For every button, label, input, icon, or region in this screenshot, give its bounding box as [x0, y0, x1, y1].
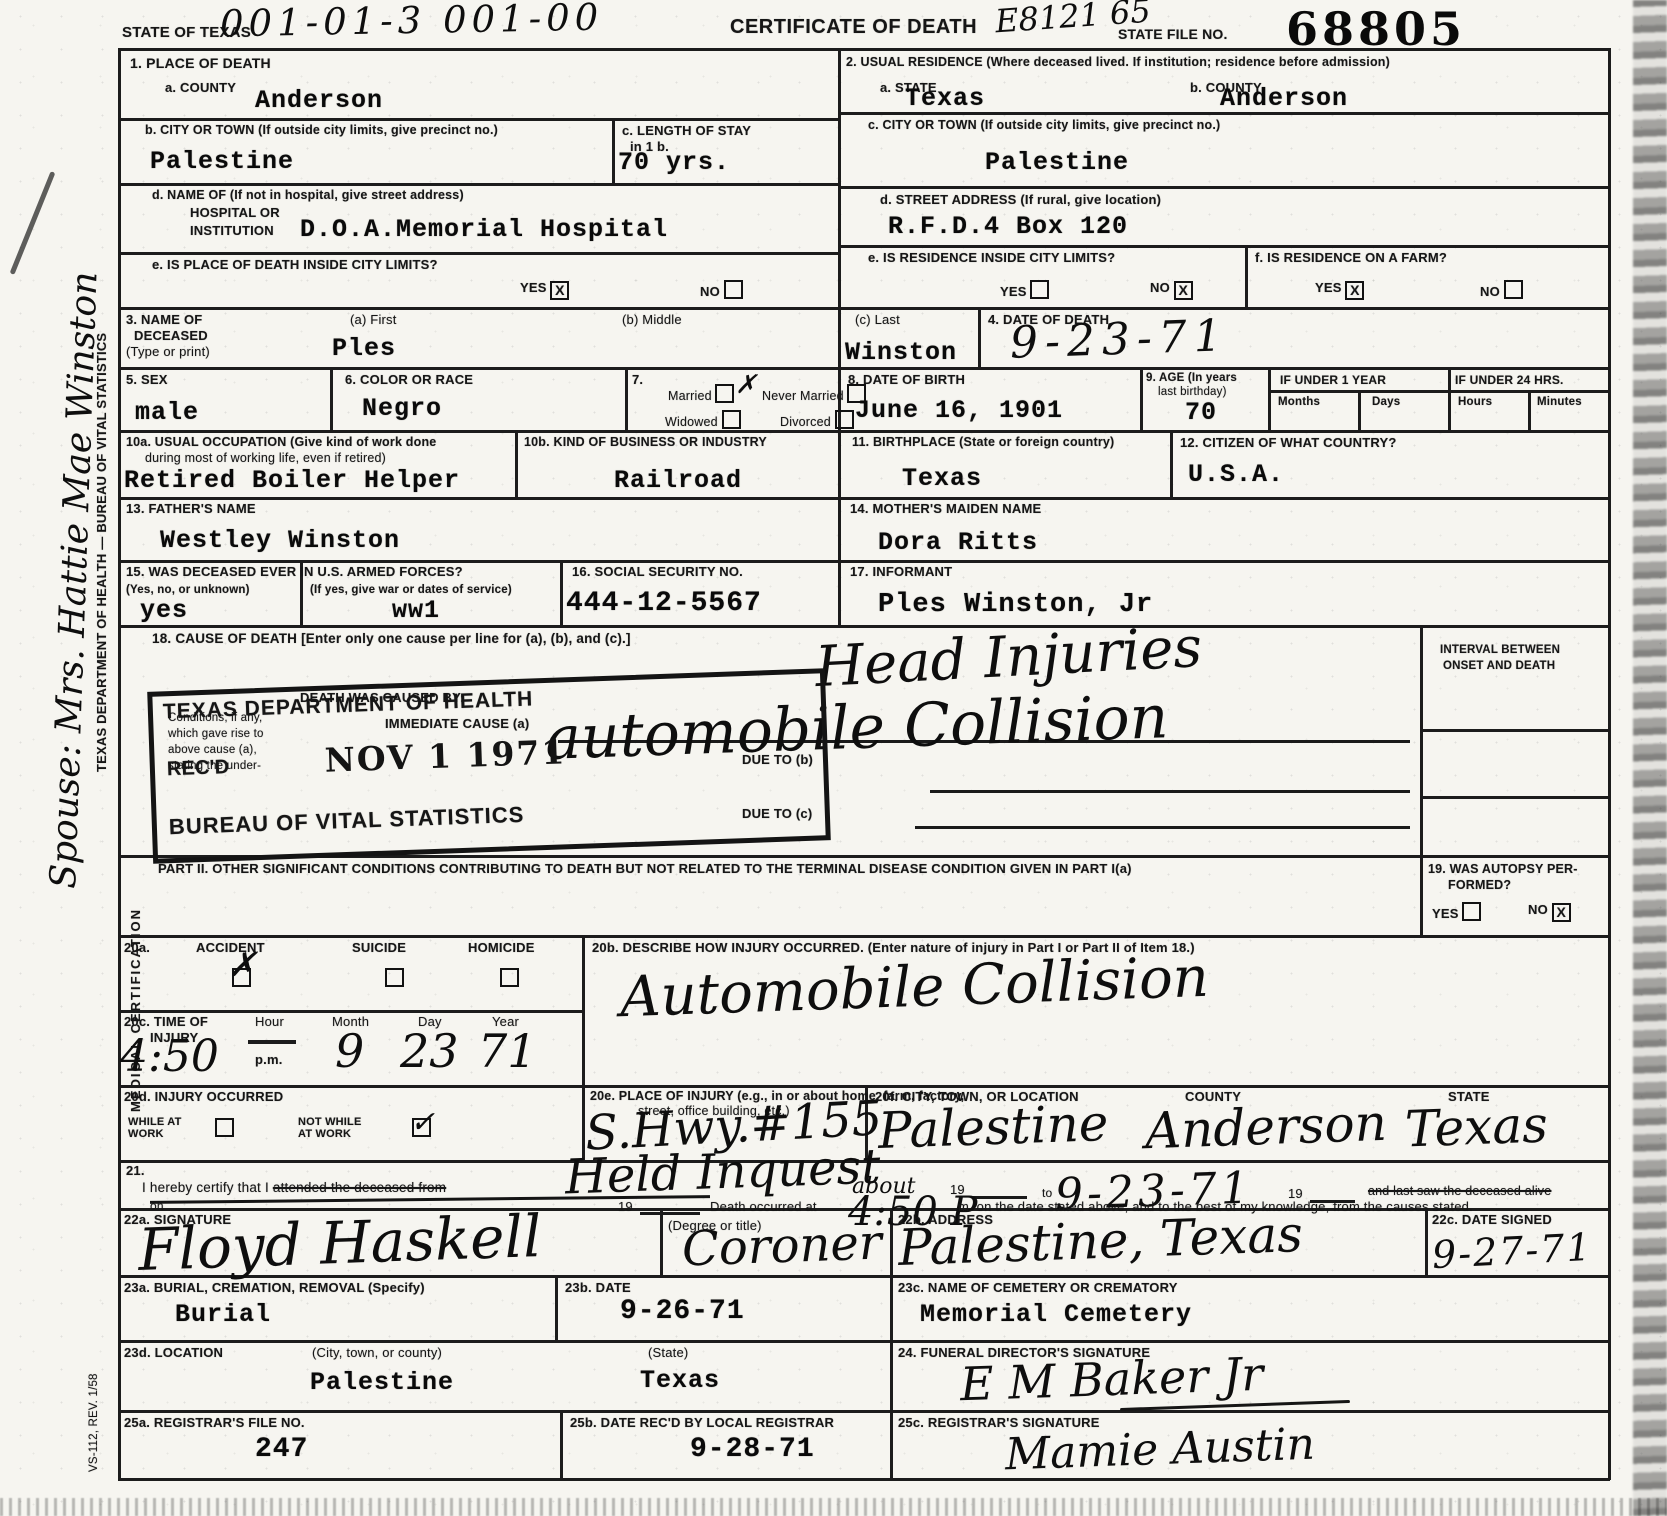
stamp-recd-label: REC'D [167, 756, 230, 781]
state-file-no-label: STATE FILE NO. [1118, 26, 1228, 42]
divider [118, 560, 1610, 563]
autopsy-label1: 19. WAS AUTOPSY PER- [1428, 862, 1578, 876]
date-signed-label: 22c. DATE SIGNED [1432, 1212, 1552, 1227]
citizen-label: 12. CITIZEN OF WHAT COUNTRY? [1180, 435, 1396, 450]
homicide-checkbox [500, 968, 519, 987]
minutes-label: Minutes [1537, 396, 1582, 408]
hours-label: Hours [1458, 396, 1492, 408]
marital-status-label: 7. [632, 372, 643, 387]
last-name-value: Winston [845, 338, 957, 367]
if-under-24-hrs-label: IF UNDER 24 HRS. [1455, 373, 1564, 387]
divider [838, 186, 1610, 189]
divider [118, 1478, 1610, 1481]
divider [1425, 1208, 1428, 1275]
handwritten-district-code: 001-01-3 001-00 [220, 0, 604, 42]
married-handwritten-mark: ✗ [735, 372, 757, 398]
crease-mark [10, 171, 56, 275]
am-strikeout [248, 1040, 296, 1044]
birthplace-label: 11. BIRTHPLACE (State or foreign country… [852, 435, 1114, 449]
divider [1358, 390, 1361, 430]
divider [560, 560, 563, 625]
injury-state-value: Texas [1404, 1100, 1548, 1155]
divider [978, 307, 981, 367]
time-of-injury-label: 20c. TIME OF [124, 1014, 208, 1029]
burial-value: Burial [175, 1300, 271, 1329]
divider [118, 367, 1610, 370]
divider [1420, 729, 1610, 732]
no-label: NO [1528, 902, 1548, 917]
injury-county-value: Anderson [1144, 1098, 1387, 1156]
business-value: Railroad [614, 466, 742, 495]
while-at-work-label2: WORK [128, 1128, 164, 1140]
certificate-title: CERTIFICATE OF DEATH [730, 16, 977, 39]
injury-city-value: Palestine [877, 1098, 1109, 1156]
residence-city-value: Palestine [985, 148, 1129, 177]
divider [118, 48, 121, 1480]
part2-label: PART II. OTHER SIGNIFICANT CONDITIONS CO… [158, 861, 1132, 876]
divider [1245, 245, 1248, 307]
injury-month-value: 9 [335, 1028, 364, 1074]
age-label2: last birthday) [1158, 386, 1227, 398]
first-name-value: Ples [332, 334, 396, 363]
yes-label: YES [1315, 280, 1342, 295]
color-or-race-label: 6. COLOR OR RACE [345, 372, 473, 387]
mothers-maiden-name-label: 14. MOTHER'S MAIDEN NAME [850, 501, 1041, 516]
armed-forces-sub2: (If yes, give war or dates of service) [310, 584, 512, 596]
year-blank-3: 19 [618, 1199, 633, 1214]
autopsy-yes-checkbox [1462, 902, 1481, 921]
fathers-name-label: 13. FATHER'S NAME [126, 501, 256, 516]
married-option: Married [668, 384, 734, 403]
name-of-deceased-label: 3. NAME OF [126, 312, 202, 327]
city-town-county-sub: (City, town, or county) [312, 1345, 442, 1360]
divider [1448, 367, 1451, 430]
accident-handwritten-mark: ✗ [228, 948, 257, 982]
race-value: Negro [362, 394, 442, 423]
divider [1608, 48, 1611, 1480]
yes-label: YES [1000, 284, 1027, 299]
divider [838, 48, 841, 430]
divider [118, 307, 1610, 310]
divorced-label: Divorced [780, 415, 831, 429]
divider [1268, 390, 1610, 393]
registrar-file-no-value: 247 [255, 1434, 308, 1465]
divider [612, 118, 615, 183]
divider [560, 1410, 563, 1478]
war-value: ww1 [392, 596, 440, 625]
married-checkbox [715, 384, 734, 403]
certify-prefix: I hereby certify that I [142, 1180, 273, 1195]
mothers-maiden-name-value: Dora Ritts [878, 528, 1038, 557]
received-stamp: TEXAS DEPARTMENT OF HEALTH REC'D NOV 1 1… [147, 668, 831, 864]
death-limits-no-checkbox [724, 280, 743, 299]
residence-limits-no-checkbox: X [1174, 281, 1193, 300]
hospital-name-label3: INSTITUTION [190, 223, 274, 238]
stamp-date: NOV 1 1971 [324, 732, 567, 779]
on-label: on [150, 1199, 164, 1213]
county-value: Anderson [255, 86, 383, 115]
usual-occupation-label: 10a. USUAL OCCUPATION (Give kind of work… [126, 435, 436, 449]
divider [118, 1340, 1610, 1343]
name-of-deceased-label2: DECEASED [134, 328, 208, 343]
months-label: Months [1278, 396, 1320, 408]
department-margin-label: TEXAS DEPARTMENT OF HEALTH — BUREAU OF V… [94, 333, 109, 772]
interval-label2: ONSET AND DEATH [1443, 660, 1555, 672]
armed-forces-value: yes [140, 596, 188, 625]
cemetery-label: 23c. NAME OF CEMETERY OR CREMATORY [898, 1280, 1178, 1295]
injury-year-value: 71 [478, 1028, 537, 1074]
first-name-label: (a) First [350, 312, 397, 327]
form-number-label: VS-112, REV. 1/58 [88, 1373, 100, 1472]
death-certificate-scan: STATE OF TEXAS 001-01-3 001-00 CERTIFICA… [0, 0, 1667, 1516]
city-or-town-label: b. CITY OR TOWN (If outside city limits,… [145, 123, 498, 137]
suicide-checkbox [385, 968, 404, 987]
armed-forces-label: 15. WAS DECEASED EVER IN U.S. ARMED FORC… [126, 564, 463, 579]
held-inquest-value: Held Inquest [564, 1143, 881, 1202]
divider [1140, 367, 1143, 430]
divider [330, 367, 333, 430]
residence-state-value: Texas [905, 84, 985, 113]
autopsy-yes: YES [1432, 902, 1481, 921]
divider [1170, 430, 1173, 497]
residence-city-label: c. CITY OR TOWN (If outside city limits,… [868, 118, 1220, 132]
cause-of-death-label: 18. CAUSE OF DEATH [Enter only one cause… [152, 631, 631, 646]
never-married-label: Never Married [762, 389, 844, 403]
degree-or-title-value: Coroner [681, 1219, 882, 1274]
divider [1268, 367, 1271, 430]
death-inside-city-limits-label: e. IS PLACE OF DEATH INSIDE CITY LIMITS? [152, 257, 438, 272]
to-label: to [1042, 1186, 1052, 1200]
date-recd-label: 25b. DATE REC'D BY LOCAL REGISTRAR [570, 1415, 834, 1430]
autopsy-no-checkbox: X [1552, 903, 1571, 922]
address-value: Palestine, Texas [897, 1209, 1303, 1273]
farm-yes-checkbox: X [1345, 281, 1364, 300]
armed-forces-sub1: (Yes, no, or unknown) [126, 584, 250, 596]
divider [555, 1275, 558, 1340]
scan-edge-band [1633, 0, 1667, 1516]
certify-text: I hereby certify that I attended the dec… [142, 1180, 446, 1195]
divider [1420, 625, 1423, 935]
yes-label: YES [1432, 906, 1459, 921]
divorced-option: Divorced [780, 410, 854, 429]
hour-col-label: Hour [255, 1014, 284, 1029]
item-20a-label: 20a. [124, 940, 150, 955]
hospital-name-label: d. NAME OF (If not in hospital, give str… [152, 188, 464, 202]
residence-limits-yes: YES [1000, 280, 1049, 299]
divorced-checkbox [835, 410, 854, 429]
widowed-option: Widowed [665, 410, 741, 429]
informant-label: 17. INFORMANT [850, 564, 952, 579]
divider [118, 118, 840, 121]
divider [118, 1085, 1610, 1088]
fathers-name-value: Westley Winston [160, 526, 400, 555]
autopsy-label2: FORMED? [1448, 878, 1511, 892]
burial-state-value: Texas [640, 1366, 720, 1395]
divider [515, 430, 518, 497]
last-name-label: (c) Last [855, 312, 900, 327]
state-sub: (State) [648, 1345, 688, 1360]
certifier-signature: Floyd Haskell [137, 1207, 542, 1279]
county-label: a. COUNTY [165, 80, 236, 95]
age-value: 70 [1185, 398, 1217, 427]
not-while-at-work-label2: AT WORK [298, 1128, 351, 1140]
days-label: Days [1372, 396, 1400, 408]
homicide-label: HOMICIDE [468, 940, 535, 955]
divider [118, 1010, 582, 1013]
injury-occurred-label: 20d. INJURY OCCURRED [124, 1089, 283, 1104]
ssn-label: 16. SOCIAL SECURITY NO. [572, 564, 743, 579]
burial-date-label: 23b. DATE [565, 1280, 631, 1295]
street-address-value: R.F.D.4 Box 120 [888, 212, 1128, 241]
widowed-label: Widowed [665, 415, 718, 429]
divider [890, 1410, 893, 1478]
divider [118, 1410, 1610, 1413]
no-label: NO [1150, 280, 1170, 295]
burial-city-value: Palestine [310, 1368, 454, 1397]
divider [118, 625, 1610, 628]
pm-label: p.m. [255, 1052, 283, 1067]
cemetery-value: Memorial Cemetery [920, 1300, 1192, 1329]
if-under-1-year-label: IF UNDER 1 YEAR [1280, 373, 1386, 387]
scan-bottom-speckle [0, 1498, 1667, 1516]
date-of-birth-label: 8. DATE OF BIRTH [848, 372, 965, 387]
registrar-signature-value: Mamie Austin [1004, 1423, 1315, 1478]
residence-limits-no: NO X [1150, 280, 1193, 300]
item-21-label: 21. [126, 1163, 145, 1178]
not-while-at-work-label: NOT WHILE [298, 1116, 362, 1128]
divider [660, 1208, 663, 1275]
residence-inside-limits-label: e. IS RESIDENCE INSIDE CITY LIMITS? [868, 250, 1115, 265]
stamp-line3: BUREAU OF VITAL STATISTICS [168, 802, 524, 840]
burial-date-value: 9-26-71 [620, 1296, 745, 1327]
suicide-label: SUICIDE [352, 940, 406, 955]
divider [118, 252, 840, 255]
length-of-stay-value: 70 yrs. [618, 148, 730, 177]
divider [118, 935, 1610, 938]
yes-label: YES [520, 280, 547, 295]
city-value: Palestine [150, 147, 294, 176]
funeral-director-signature: E M Baker Jr [959, 1351, 1264, 1408]
residence-county-value: Anderson [1220, 84, 1348, 113]
hospital-name-label2: HOSPITAL OR [190, 205, 280, 220]
farm-no: NO [1480, 280, 1523, 299]
birthplace-value: Texas [902, 464, 982, 493]
divider [118, 430, 1610, 433]
last-saw-struck-text: and last saw the deceased alive [1368, 1184, 1551, 1198]
burial-location-label: 23d. LOCATION [124, 1345, 223, 1360]
death-occurred-label: Death occurred at [710, 1199, 817, 1214]
place-of-death-label: 1. PLACE OF DEATH [130, 55, 271, 71]
no-label: NO [700, 284, 720, 299]
street-address-label: d. STREET ADDRESS (If rural, give locati… [880, 192, 1161, 207]
divider [890, 1275, 893, 1410]
while-at-work-checkbox [215, 1118, 234, 1137]
sex-label: 5. SEX [126, 372, 168, 387]
divider [625, 367, 628, 430]
certify-struck-text: attended the deceased from [273, 1180, 446, 1195]
kind-of-business-label: 10b. KIND OF BUSINESS OR INDUSTRY [524, 435, 767, 449]
divider [118, 183, 840, 186]
registrar-file-no-label: 25a. REGISTRAR'S FILE NO. [124, 1415, 305, 1430]
date-of-death-value: 9-23-71 [1009, 314, 1229, 366]
injury-day-value: 23 [400, 1028, 459, 1074]
informant-value: Ples Winston, Jr [878, 590, 1153, 620]
citizen-value: U.S.A. [1188, 460, 1284, 489]
residence-limits-yes-checkbox [1030, 280, 1049, 299]
farm-no-checkbox [1504, 280, 1523, 299]
death-limits-yes-checkbox: X [550, 281, 569, 300]
length-of-stay-label: c. LENGTH OF STAY [622, 123, 751, 138]
name-of-deceased-label3: (Type or print) [126, 344, 210, 359]
death-limits-no: NO [700, 280, 743, 299]
date-of-birth-value: June 16, 1901 [855, 396, 1063, 425]
burial-cremation-label: 23a. BURIAL, CREMATION, REMOVAL (Specify… [124, 1280, 425, 1295]
divider [838, 245, 1610, 248]
cause-line-b [930, 790, 1410, 793]
not-while-handwritten-mark: ✓ [410, 1108, 435, 1138]
divider [118, 48, 1610, 51]
widowed-checkbox [722, 410, 741, 429]
divider [1528, 390, 1531, 430]
injury-hour-value: 4:50 [120, 1035, 219, 1079]
while-at-work-label: WHILE AT [128, 1116, 182, 1128]
divider [838, 430, 841, 625]
death-limits-yes: YES X [520, 280, 569, 300]
usual-occupation-label2: during most of working life, even if ret… [145, 451, 386, 465]
divider [1420, 796, 1610, 799]
describe-injury-value: Automobile Collision [619, 950, 1209, 1027]
usual-residence-label: 2. USUAL RESIDENCE (Where deceased lived… [846, 55, 1390, 69]
age-label: 9. AGE (In years [1146, 372, 1237, 384]
blank-line [640, 1212, 700, 1215]
autopsy-no: NO X [1528, 902, 1571, 922]
date-signed-value: 9-27-71 [1431, 1228, 1593, 1274]
occupation-value: Retired Boiler Helper [124, 466, 460, 495]
hospital-value: D.O.A.Memorial Hospital [300, 215, 668, 244]
farm-yes: YES X [1315, 280, 1364, 300]
middle-name-label: (b) Middle [622, 312, 682, 327]
ssn-value: 444-12-5567 [566, 588, 762, 619]
date-recd-value: 9-28-71 [690, 1434, 815, 1465]
sex-value: male [135, 398, 199, 427]
no-label: NO [1480, 284, 1500, 299]
divider [118, 497, 1610, 500]
cause-line-c [915, 826, 1410, 829]
married-label: Married [668, 389, 712, 403]
interval-label1: INTERVAL BETWEEN [1440, 644, 1560, 656]
stamp-line1: TEXAS DEPARTMENT OF HEALTH [163, 687, 534, 724]
residence-on-farm-label: f. IS RESIDENCE ON A FARM? [1255, 250, 1447, 265]
